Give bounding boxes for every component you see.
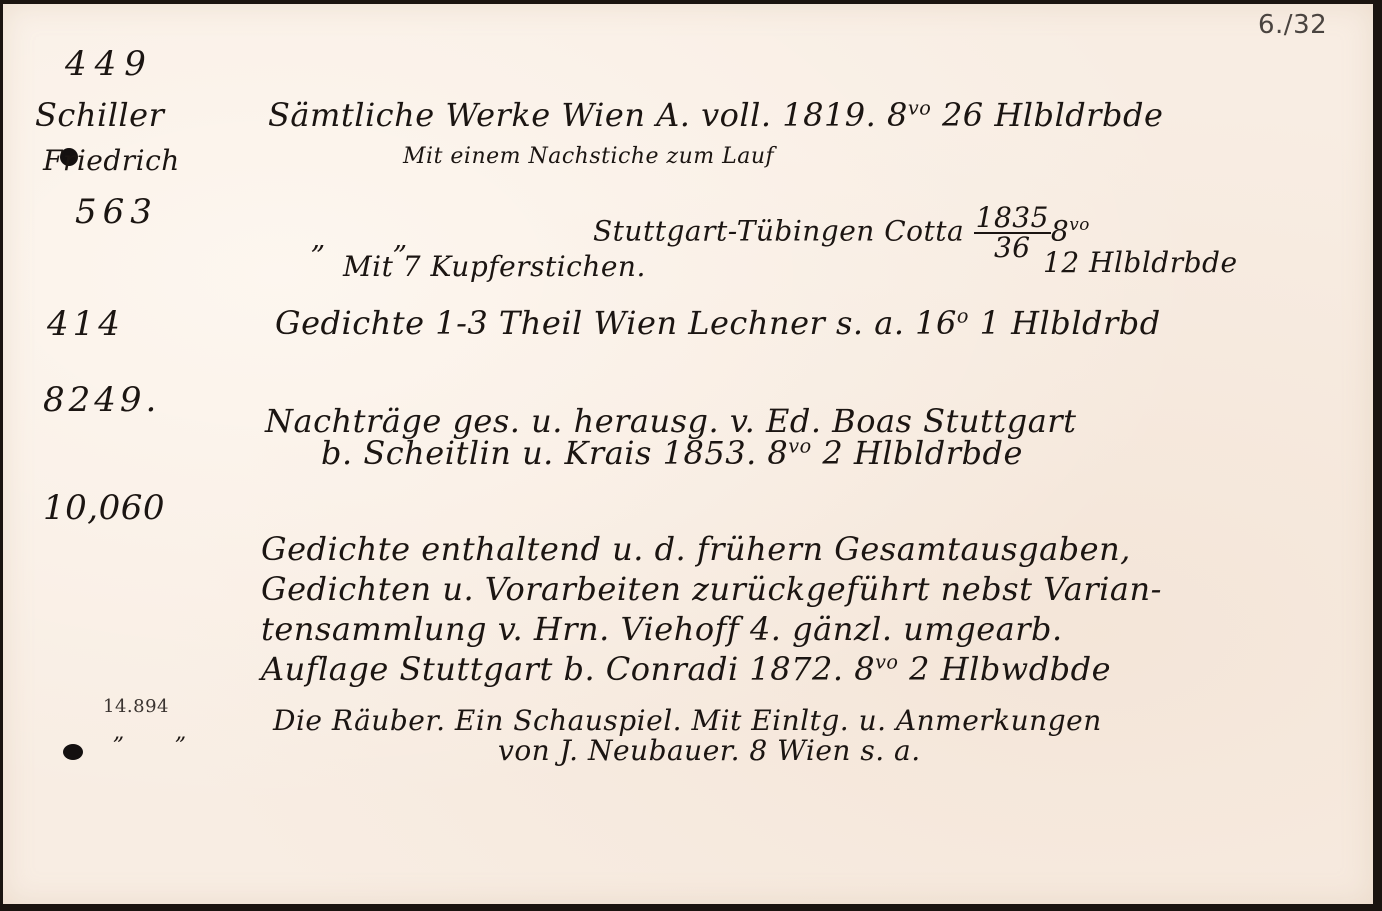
call-number: 563 <box>75 192 158 232</box>
entry-4-volumes: 2 Hlbldrbde <box>822 434 1023 472</box>
ditto-mark: „ <box>113 720 125 745</box>
entry-1-title: Sämtliche Werke Wien A. voll. 1819. 8 <box>268 96 908 134</box>
author-forename: Friedrich <box>43 144 180 177</box>
entry-4-line-2: b. Scheitlin u. Krais 1853. 8vo 2 Hlbldr… <box>321 434 1023 472</box>
page-reference: 6./32 <box>1258 10 1327 40</box>
entry-6-line-2: von J. Neubauer. 8 Wien s. a. <box>498 734 921 767</box>
entry-5-volumes: 2 Hlbwdbde <box>909 650 1111 688</box>
call-number: 14.894 <box>103 696 169 717</box>
entry-5-line-4: Auflage Stuttgart b. Conradi 1872. 8vo 2… <box>261 650 1111 688</box>
entry-3-title: Gedichte 1-3 Theil Wien Lechner s. a. 16 <box>275 304 957 342</box>
entry-1-format: vo <box>908 96 931 119</box>
entry-1-line-2: Mit einem Nachstiche zum Lauf <box>403 144 774 169</box>
entry-6-line-1: Die Räuber. Ein Schauspiel. Mit Einltg. … <box>273 704 1102 737</box>
entry-2-year: 183536 <box>974 204 1051 262</box>
entry-1-line-1: Sämtliche Werke Wien A. voll. 1819. 8vo … <box>268 96 1163 134</box>
entry-5-line-1: Gedichte enthaltend u. d. frühern Gesamt… <box>261 530 1131 568</box>
entry-3-volumes: 1 Hlbldrbd <box>980 304 1161 342</box>
entry-2-imprint: Stuttgart-Tübingen Cotta <box>593 215 964 248</box>
entry-5-line-3: tensammlung v. Hrn. Viehoff 4. gänzl. um… <box>261 610 1063 648</box>
ink-blot-mark <box>63 744 83 760</box>
catalog-card: 6./32 449 Schiller Friedrich Sämtliche W… <box>3 4 1373 904</box>
call-number: 8249. <box>43 380 160 420</box>
ditto-mark: „ <box>175 720 187 745</box>
call-number: 449 <box>65 44 154 84</box>
call-number: 10,060 <box>43 488 165 528</box>
ditto-mark: „ <box>311 222 326 255</box>
entry-3-line-1: Gedichte 1-3 Theil Wien Lechner s. a. 16… <box>275 304 1161 342</box>
entry-2-line-2: Mit 7 Kupferstichen. <box>343 250 646 283</box>
entry-2-volumes: 12 Hlbldrbde <box>1043 246 1238 279</box>
entry-2-line-1: Stuttgart-Tübingen Cotta 1835368vo <box>593 204 1090 262</box>
call-number: 414 <box>47 304 124 344</box>
entry-5-line-2: Gedichten u. Vorarbeiten zurückgeführt n… <box>261 570 1162 608</box>
entry-1-volumes: 26 Hlbldrbde <box>942 96 1163 134</box>
author-surname: Schiller <box>35 96 164 134</box>
